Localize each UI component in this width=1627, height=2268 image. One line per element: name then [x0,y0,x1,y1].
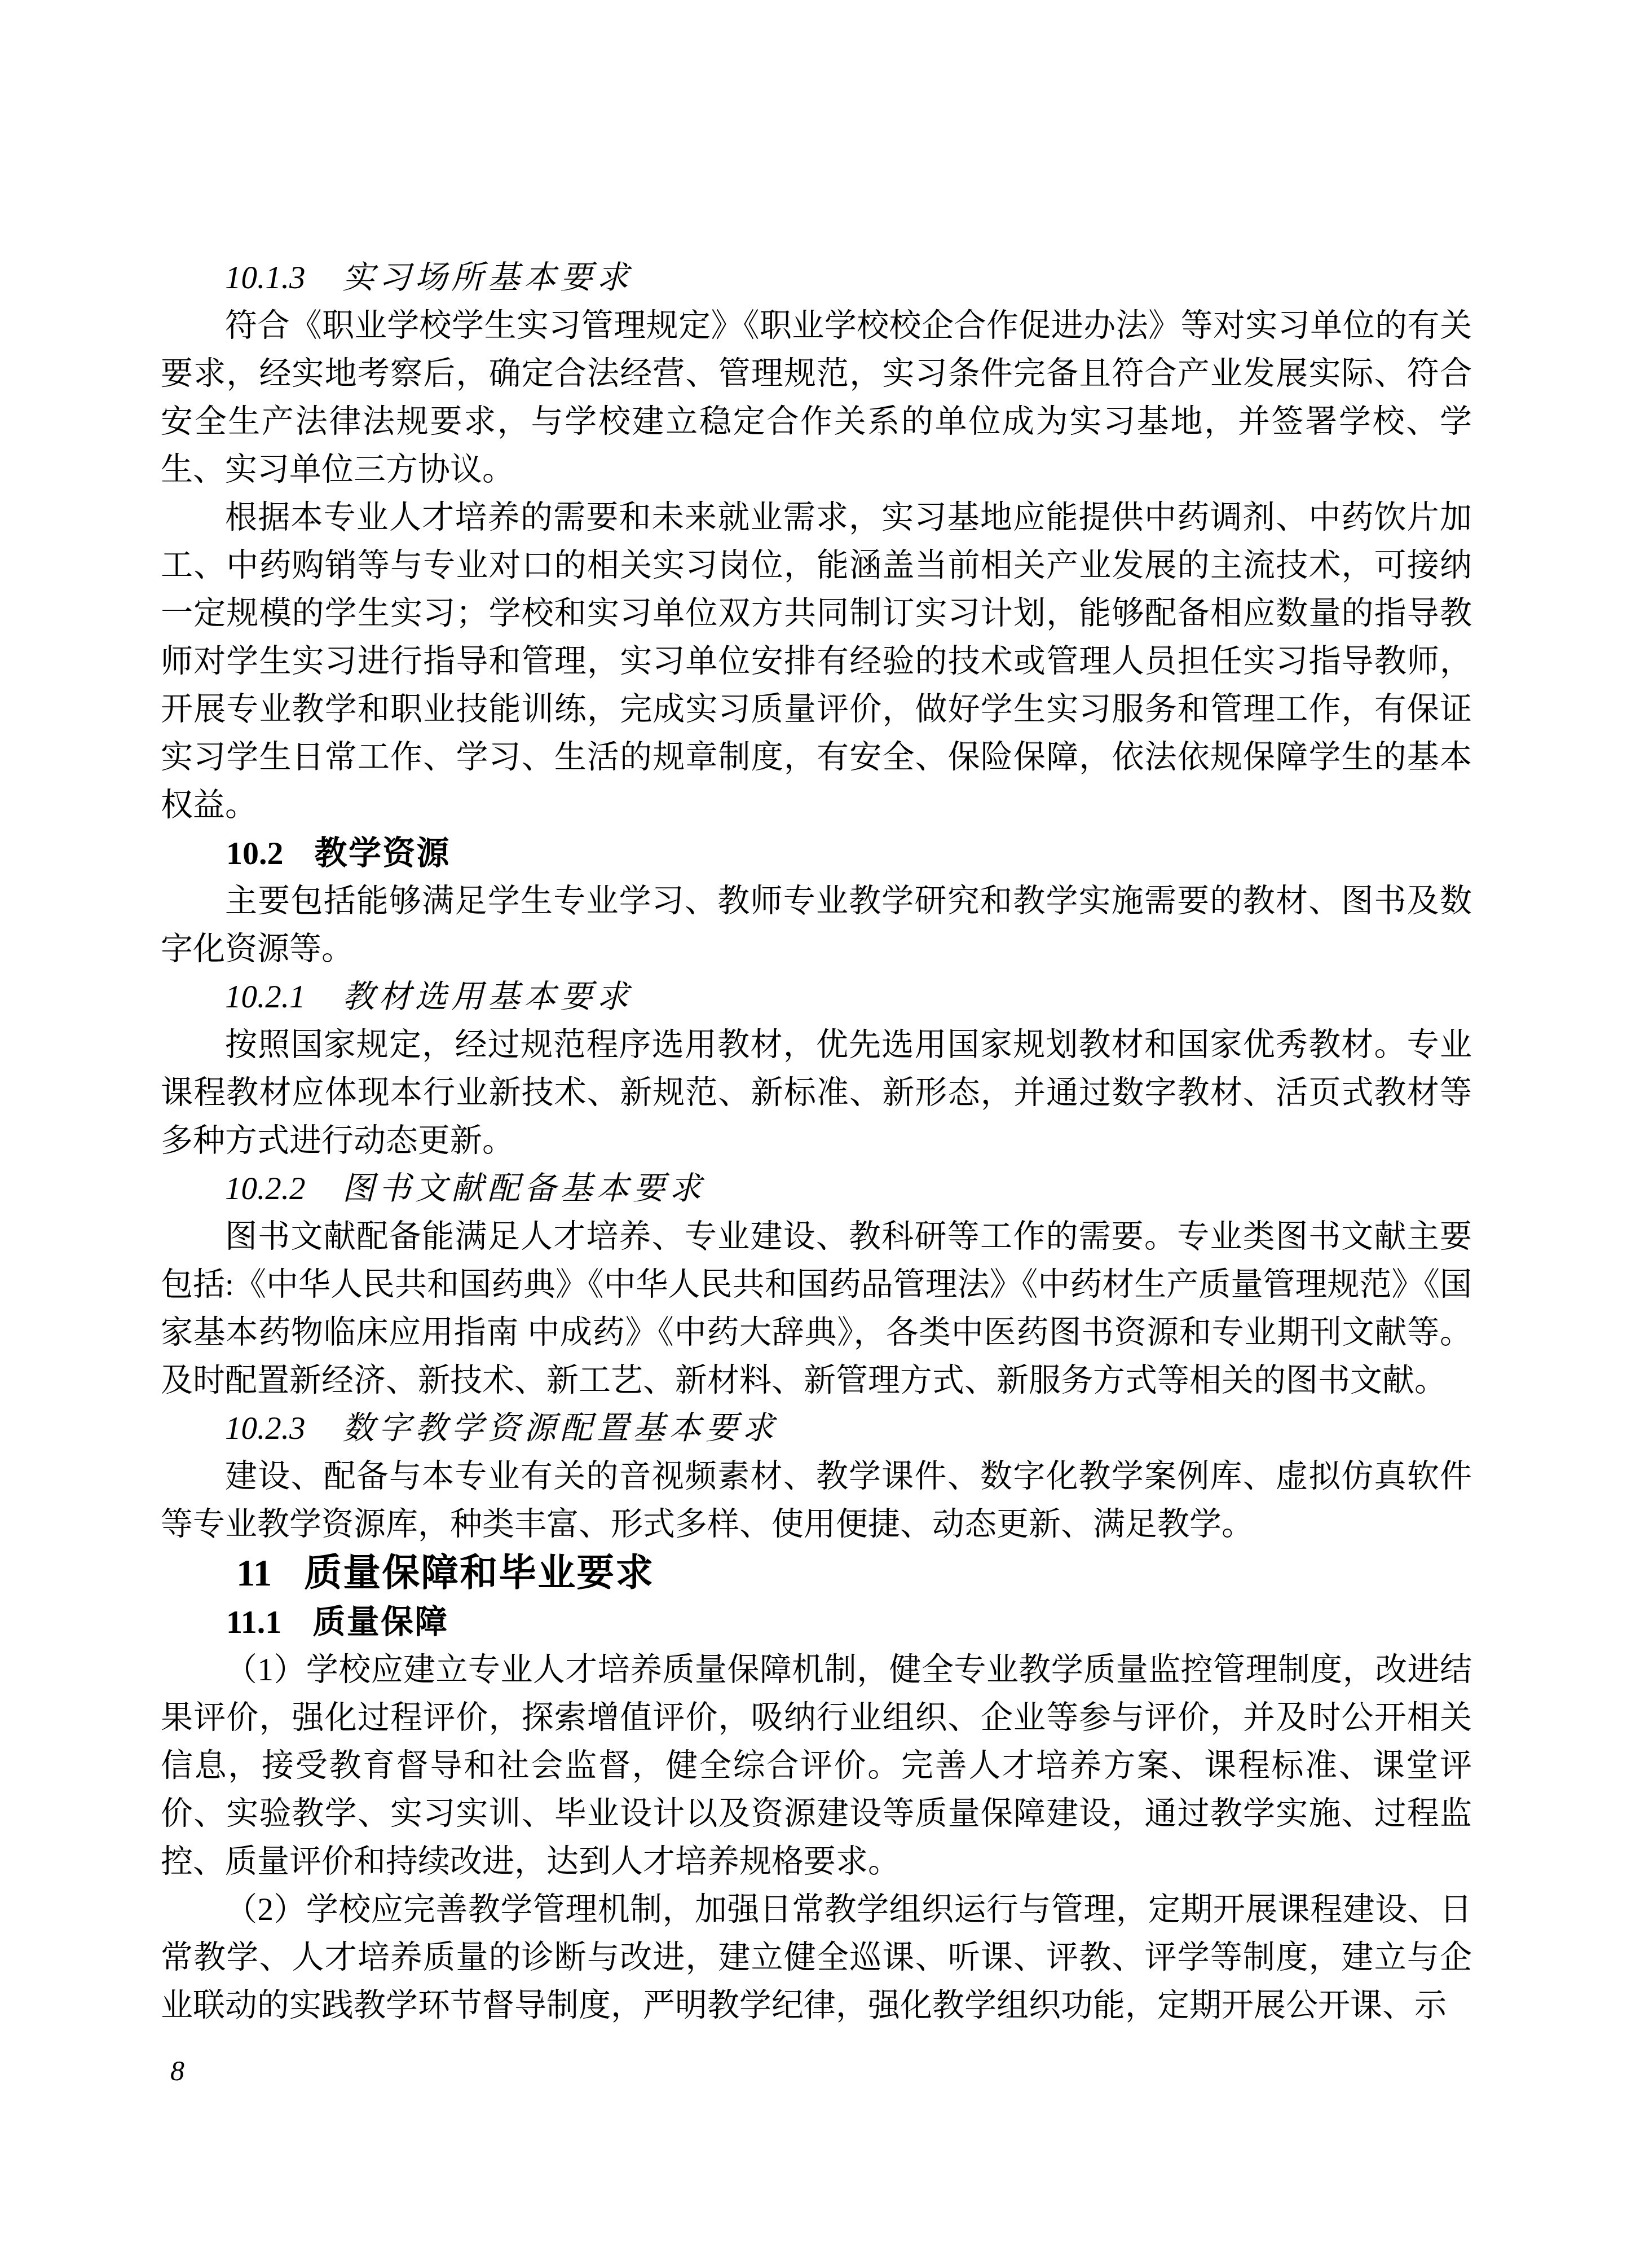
paragraph-quality-assurance-2: （2）学校应完善教学管理机制，加强日常教学组织运行与管理，定期开展课程建设、日常… [161,1886,1472,2029]
heading-number: 10.2 [226,835,284,871]
heading-title: 教材选用基本要求 [342,979,633,1015]
heading-title: 图书文献配备基本要求 [342,1171,706,1206]
paragraph-practice-base-requirements: 根据本专业人才培养的需要和未来就业需求，实习基地应能提供中药调剂、中药饮片加工、… [161,494,1472,829]
heading-11: 11质量保障和毕业要求 [161,1548,1472,1598]
heading-number: 10.2.1 [225,979,306,1015]
paragraph-quality-assurance-1: （1）学校应建立专业人才培养质量保障机制，健全专业教学质量监控管理制度，改进结果… [161,1646,1472,1886]
paragraph-practice-site-requirements: 符合《职业学校学生实习管理规定》《职业学校校企合作促进办法》等对实习单位的有关要… [161,302,1472,494]
page-number: 8 [170,2054,184,2087]
heading-title: 质量保障和毕业要求 [304,1552,654,1594]
paragraph-library-resources: 图书文献配备能满足人才培养、专业建设、教科研等工作的需要。专业类图书文献主要包括… [161,1213,1472,1404]
heading-10-1-3: 10.1.3实习场所基本要求 [161,254,1472,302]
heading-10-2: 10.2教学资源 [161,829,1472,877]
paragraph-teaching-resources-intro: 主要包括能够满足学生专业学习、教师专业教学研究和教学实施需要的教材、图书及数字化… [161,877,1472,973]
heading-10-2-3: 10.2.3数字教学资源配置基本要求 [161,1404,1472,1452]
heading-number: 10.2.3 [225,1411,306,1446]
heading-number: 11.1 [226,1604,281,1640]
page-content: 10.1.3实习场所基本要求 符合《职业学校学生实习管理规定》《职业学校校企合作… [161,254,1472,2029]
heading-title: 数字教学资源配置基本要求 [342,1411,778,1446]
document-page: 10.1.3实习场所基本要求 符合《职业学校学生实习管理规定》《职业学校校企合作… [0,0,1627,2268]
heading-title: 教学资源 [315,835,451,871]
heading-title: 质量保障 [312,1604,448,1640]
heading-number: 10.2.2 [225,1171,306,1206]
heading-10-2-1: 10.2.1教材选用基本要求 [161,973,1472,1021]
heading-10-2-2: 10.2.2图书文献配备基本要求 [161,1165,1472,1213]
heading-title: 实习场所基本要求 [342,260,633,296]
heading-11-1: 11.1质量保障 [161,1598,1472,1646]
paragraph-digital-resources: 建设、配备与本专业有关的音视频素材、教学课件、数字化教学案例库、虚拟仿真软件等专… [161,1452,1472,1548]
paragraph-textbook-selection: 按照国家规定，经过规范程序选用教材，优先选用国家规划教材和国家优秀教材。专业课程… [161,1021,1472,1165]
heading-number: 11 [236,1552,272,1594]
heading-number: 10.1.3 [225,260,306,296]
